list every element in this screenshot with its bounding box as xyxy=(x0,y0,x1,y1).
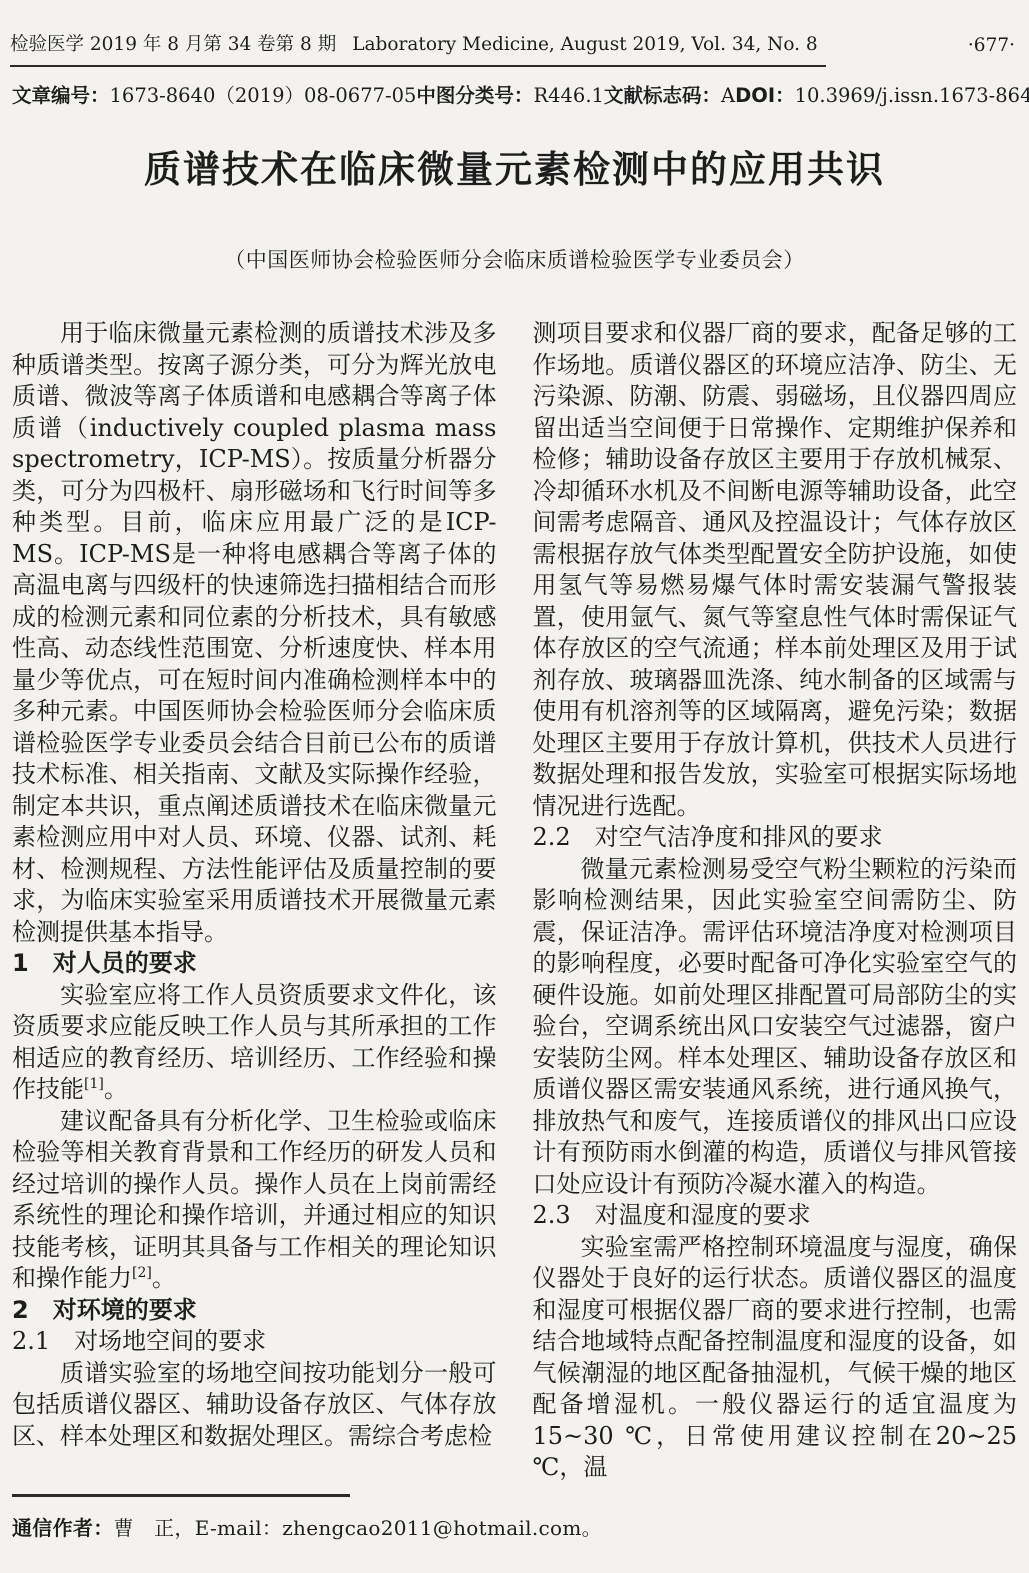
text-run: 用于临床微量元素检测的质谱技术涉及多种质谱类型。按离子源分类，可分为辉光放电质谱… xyxy=(12,319,497,946)
doi-label: DOI： xyxy=(735,84,795,107)
article-body: 用于临床微量元素检测的质谱技术涉及多种质谱类型。按离子源分类，可分为辉光放电质谱… xyxy=(12,318,1017,1484)
journal-title-en: Laboratory Medicine, August 2019, Vol. 3… xyxy=(352,34,817,55)
author-byline: （中国医师协会检验医师分会临床质谱检验医学专业委员会） xyxy=(0,244,1029,274)
text-run: 实验室需严格控制环境温度与湿度，确保仪器处于良好的运行状态。质谱仪器区的温度和湿… xyxy=(533,1233,1018,1482)
article-id-value: 1673-8640（2019）08-0677-05 xyxy=(110,84,417,107)
paragraph: 用于临床微量元素检测的质谱技术涉及多种质谱类型。按离子源分类，可分为辉光放电质谱… xyxy=(12,318,497,948)
text-run: 微量元素检测易受空气粉尘颗粒的污染而影响检测结果，因此实验室空间需防尘、防震，保… xyxy=(533,855,1018,1198)
article-id-label: 文章编号： xyxy=(12,84,110,107)
paragraph: 测项目要求和仪器厂商的要求，配备足够的工作场地。质谱仪器区的环境应洁净、防尘、无… xyxy=(533,318,1018,822)
footnote-text: 曹 正，E-mail：zhengcao2011@hotmail.com。 xyxy=(114,1516,602,1540)
article-title: 质谱技术在临床微量元素检测中的应用共识 xyxy=(0,139,1029,193)
page-number: ·677· xyxy=(968,35,1015,67)
text-run: 2.3 对温度和湿度的要求 xyxy=(533,1201,811,1229)
paragraph: 实验室需严格控制环境温度与湿度，确保仪器处于良好的运行状态。质谱仪器区的温度和湿… xyxy=(533,1232,1018,1484)
journal-title-cn: 检验医学 2019 年 8 月第 34 卷第 8 期 xyxy=(10,34,336,55)
text-run: 质谱实验室的场地空间按功能划分一般可包括质谱仪器区、辅助设备存放区、气体存放区、… xyxy=(12,1359,497,1450)
journal-info: 检验医学 2019 年 8 月第 34 卷第 8 期Laboratory Med… xyxy=(10,34,826,67)
text-run: 2.2 对空气洁净度和排风的要求 xyxy=(533,823,883,851)
paragraph: 微量元素检测易受空气粉尘颗粒的污染而影响检测结果，因此实验室空间需防尘、防震，保… xyxy=(533,854,1018,1201)
text-run: 2.1 对场地空间的要求 xyxy=(12,1327,266,1355)
text-run: 。 xyxy=(104,1075,128,1103)
footnote-divider xyxy=(12,1494,350,1497)
reference-marker: [2] xyxy=(132,1265,152,1281)
article-id: 文章编号：1673-8640（2019）08-0677-05 xyxy=(12,80,416,108)
subsection-heading: 2.3 对温度和湿度的要求 xyxy=(533,1200,1018,1232)
corresponding-author-note: 通信作者：曹 正，E-mail：zhengcao2011@hotmail.com… xyxy=(12,1512,602,1541)
clc-value: R446.1 xyxy=(533,84,604,107)
document-code-label: 文献标志码： xyxy=(604,84,721,107)
article-meta-line: 文章编号：1673-8640（2019）08-0677-05 中图分类号：R44… xyxy=(12,80,1015,108)
paragraph: 质谱实验室的场地空间按功能划分一般可包括质谱仪器区、辅助设备存放区、气体存放区、… xyxy=(12,1358,497,1453)
document-code-value: A xyxy=(721,84,735,107)
text-run: 2 对环境的要求 xyxy=(12,1296,197,1324)
section-heading: 1 对人员的要求 xyxy=(12,948,497,980)
text-run: 建议配备具有分析化学、卫生检验或临床检验等相关教育背景和工作经历的研发人员和经过… xyxy=(12,1107,497,1293)
doi: DOI：10.3969/j.issn.1673-8640.2019.08.001 xyxy=(735,80,1029,108)
document-code: 文献标志码：A xyxy=(604,80,735,108)
footnote-area: 通信作者：曹 正，E-mail：zhengcao2011@hotmail.com… xyxy=(12,1494,602,1541)
text-run: 。 xyxy=(152,1264,176,1292)
left-column: 用于临床微量元素检测的质谱技术涉及多种质谱类型。按离子源分类，可分为辉光放电质谱… xyxy=(12,318,497,1484)
section-heading: 2 对环境的要求 xyxy=(12,1295,497,1327)
journal-page: 检验医学 2019 年 8 月第 34 卷第 8 期Laboratory Med… xyxy=(0,0,1029,1573)
reference-marker: [1] xyxy=(84,1076,104,1092)
text-run: 1 对人员的要求 xyxy=(12,949,197,977)
subsection-heading: 2.2 对空气洁净度和排风的要求 xyxy=(533,822,1018,854)
clc-number: 中图分类号：R446.1 xyxy=(416,80,604,108)
paragraph: 实验室应将工作人员资质要求文件化，该资质要求应能反映工作人员与其所承担的工作相适… xyxy=(12,980,497,1106)
footnote-label: 通信作者： xyxy=(12,1516,114,1540)
subsection-heading: 2.1 对场地空间的要求 xyxy=(12,1326,497,1358)
paragraph: 建议配备具有分析化学、卫生检验或临床检验等相关教育背景和工作经历的研发人员和经过… xyxy=(12,1106,497,1295)
doi-value: 10.3969/j.issn.1673-8640.2019.08.001 xyxy=(795,84,1029,107)
running-head: 检验医学 2019 年 8 月第 34 卷第 8 期Laboratory Med… xyxy=(10,34,1015,67)
clc-label: 中图分类号： xyxy=(416,84,533,107)
right-column: 测项目要求和仪器厂商的要求，配备足够的工作场地。质谱仪器区的环境应洁净、防尘、无… xyxy=(533,318,1018,1484)
text-run: 测项目要求和仪器厂商的要求，配备足够的工作场地。质谱仪器区的环境应洁净、防尘、无… xyxy=(533,319,1018,820)
